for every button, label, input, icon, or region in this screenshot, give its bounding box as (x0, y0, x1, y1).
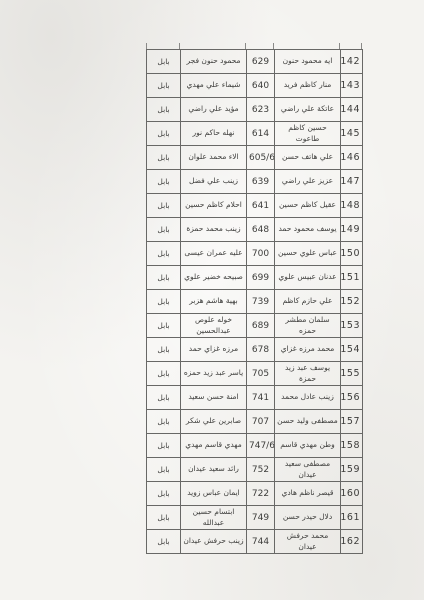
table-row: 149 يوسف محمود حمد 648 زينب محمد حمزة با… (147, 218, 363, 242)
row-number-cell: 143 (341, 74, 363, 98)
province-cell: بابل (147, 74, 181, 98)
name-b-cell: خوله علوص عبدالحسين (181, 314, 247, 338)
row-number-cell: 149 (341, 218, 363, 242)
serial-number-cell: 747/6 (247, 434, 275, 458)
table-row: 155 يوسف عبد زيد حمزة 705 ياسر عبد زيد ح… (147, 362, 363, 386)
table-row: 152 علي حازم كاظم 739 بهية هاشم هزبر باب… (147, 290, 363, 314)
province-cell: بابل (147, 170, 181, 194)
serial-number-cell: 744 (247, 530, 275, 554)
row-number-cell: 161 (341, 506, 363, 530)
table-row: 160 قيصر ناظم هادي 722 ايمان عباس زويد ب… (147, 482, 363, 506)
province-cell: بابل (147, 386, 181, 410)
serial-number-cell: 639 (247, 170, 275, 194)
name-b-cell: مرزه غزاي حمد (181, 338, 247, 362)
province-cell: بابل (147, 98, 181, 122)
name-a-cell: مصطفى وليد حسن (275, 410, 341, 434)
serial-number-cell: 699 (247, 266, 275, 290)
serial-number-cell: 722 (247, 482, 275, 506)
name-a-cell: وطن مهدي قاسم (275, 434, 341, 458)
serial-number-cell: 752 (247, 458, 275, 482)
serial-number-cell: 741 (247, 386, 275, 410)
table-row: 156 زينب عادل محمد 741 امنة حسن سعيد باب… (147, 386, 363, 410)
table-row: 143 منار كاظم فريد 640 شيماء علي مهدي با… (147, 74, 363, 98)
row-number-cell: 147 (341, 170, 363, 194)
province-cell: بابل (147, 290, 181, 314)
row-number-cell: 155 (341, 362, 363, 386)
serial-number-cell: 739 (247, 290, 275, 314)
name-b-cell: محمود حنون فجر (181, 50, 247, 74)
table-row: 162 محمد حرفش عيدان 744 زينب حرفش عيدان … (147, 530, 363, 554)
name-a-cell: عدنان عبيس علوي (275, 266, 341, 290)
table-row: 154 محمد مرزه غزاي 678 مرزه غزاي حمد باب… (147, 338, 363, 362)
serial-number-cell: 640 (247, 74, 275, 98)
row-number-cell: 159 (341, 458, 363, 482)
name-a-cell: مصطفى سعيد عيدان (275, 458, 341, 482)
table-row: 147 عزيز علي راضي 639 زينب علي فضل بابل (147, 170, 363, 194)
table-row: 144 عاتكة علي راضي 623 مؤيد علي راضي باب… (147, 98, 363, 122)
name-b-cell: نهله حاكم نور (181, 122, 247, 146)
name-a-cell: يوسف عبد زيد حمزة (275, 362, 341, 386)
name-a-cell: حسين كاظم طاعوت (275, 122, 341, 146)
name-b-cell: ابتسام حسين عبدالله (181, 506, 247, 530)
row-number-cell: 148 (341, 194, 363, 218)
name-a-cell: محمد مرزه غزاي (275, 338, 341, 362)
province-cell: بابل (147, 314, 181, 338)
row-number-cell: 162 (341, 530, 363, 554)
province-cell: بابل (147, 194, 181, 218)
name-a-cell: ايه محمود حنون (275, 50, 341, 74)
row-number-cell: 151 (341, 266, 363, 290)
row-number-cell: 156 (341, 386, 363, 410)
province-cell: بابل (147, 434, 181, 458)
row-number-cell: 144 (341, 98, 363, 122)
serial-number-cell: 614 (247, 122, 275, 146)
province-cell: بابل (147, 410, 181, 434)
serial-number-cell: 641 (247, 194, 275, 218)
serial-number-cell: 749 (247, 506, 275, 530)
name-b-cell: بهية هاشم هزبر (181, 290, 247, 314)
province-cell: بابل (147, 242, 181, 266)
row-number-cell: 150 (341, 242, 363, 266)
name-a-cell: يوسف محمود حمد (275, 218, 341, 242)
table-row: 161 دلال حيدر حسن 749 ابتسام حسين عبدالل… (147, 506, 363, 530)
serial-number-cell: 707 (247, 410, 275, 434)
name-b-cell: صبيحه خضير علوي (181, 266, 247, 290)
roster-table: 142 ايه محمود حنون 629 محمود حنون فجر با… (146, 49, 363, 554)
serial-number-cell: 629 (247, 50, 275, 74)
name-b-cell: ياسر عبد زيد حمزه (181, 362, 247, 386)
table-row: 142 ايه محمود حنون 629 محمود حنون فجر با… (147, 50, 363, 74)
province-cell: بابل (147, 50, 181, 74)
province-cell: بابل (147, 266, 181, 290)
province-cell: بابل (147, 122, 181, 146)
name-b-cell: مؤيد علي راضي (181, 98, 247, 122)
province-cell: بابل (147, 506, 181, 530)
name-a-cell: عباس علوي حسين (275, 242, 341, 266)
serial-number-cell: 705 (247, 362, 275, 386)
serial-number-cell: 648 (247, 218, 275, 242)
roster-table-body: 142 ايه محمود حنون 629 محمود حنون فجر با… (147, 50, 363, 554)
province-cell: بابل (147, 362, 181, 386)
province-cell: بابل (147, 146, 181, 170)
name-a-cell: عاتكة علي راضي (275, 98, 341, 122)
name-a-cell: عقيل كاظم حسين (275, 194, 341, 218)
province-cell: بابل (147, 218, 181, 242)
name-a-cell: علي هاتف حسن (275, 146, 341, 170)
table-row: 150 عباس علوي حسين 700 عليه عمران عيسى ب… (147, 242, 363, 266)
name-b-cell: عليه عمران عيسى (181, 242, 247, 266)
province-cell: بابل (147, 338, 181, 362)
name-b-cell: رائد سعيد عيدان (181, 458, 247, 482)
table-row: 146 علي هاتف حسن 605/6 الاء محمد علوان ب… (147, 146, 363, 170)
province-cell: بابل (147, 458, 181, 482)
province-cell: بابل (147, 482, 181, 506)
serial-number-cell: 678 (247, 338, 275, 362)
table-row: 159 مصطفى سعيد عيدان 752 رائد سعيد عيدان… (147, 458, 363, 482)
row-number-cell: 160 (341, 482, 363, 506)
name-b-cell: زينب علي فضل (181, 170, 247, 194)
name-a-cell: عزيز علي راضي (275, 170, 341, 194)
name-b-cell: مهدي قاسم مهدي (181, 434, 247, 458)
name-b-cell: احلام كاظم حسين (181, 194, 247, 218)
row-number-cell: 142 (341, 50, 363, 74)
name-a-cell: محمد حرفش عيدان (275, 530, 341, 554)
name-a-cell: قيصر ناظم هادي (275, 482, 341, 506)
table-row: 157 مصطفى وليد حسن 707 صابرين علي شكر با… (147, 410, 363, 434)
name-b-cell: امنة حسن سعيد (181, 386, 247, 410)
name-a-cell: سلمان مطشر حمزه (275, 314, 341, 338)
row-number-cell: 153 (341, 314, 363, 338)
serial-number-cell: 700 (247, 242, 275, 266)
name-a-cell: دلال حيدر حسن (275, 506, 341, 530)
name-a-cell: منار كاظم فريد (275, 74, 341, 98)
row-number-cell: 152 (341, 290, 363, 314)
row-number-cell: 157 (341, 410, 363, 434)
table-row: 151 عدنان عبيس علوي 699 صبيحه خضير علوي … (147, 266, 363, 290)
name-b-cell: زينب حرفش عيدان (181, 530, 247, 554)
name-b-cell: زينب محمد حمزة (181, 218, 247, 242)
table-row: 148 عقيل كاظم حسين 641 احلام كاظم حسين ب… (147, 194, 363, 218)
name-a-cell: علي حازم كاظم (275, 290, 341, 314)
serial-number-cell: 689 (247, 314, 275, 338)
serial-number-cell: 605/6 (247, 146, 275, 170)
name-b-cell: شيماء علي مهدي (181, 74, 247, 98)
table-row: 158 وطن مهدي قاسم 747/6 مهدي قاسم مهدي ب… (147, 434, 363, 458)
serial-number-cell: 623 (247, 98, 275, 122)
row-number-cell: 146 (341, 146, 363, 170)
name-b-cell: الاء محمد علوان (181, 146, 247, 170)
table-row: 145 حسين كاظم طاعوت 614 نهله حاكم نور با… (147, 122, 363, 146)
name-a-cell: زينب عادل محمد (275, 386, 341, 410)
name-b-cell: ايمان عباس زويد (181, 482, 247, 506)
table-row: 153 سلمان مطشر حمزه 689 خوله علوص عبدالح… (147, 314, 363, 338)
row-number-cell: 145 (341, 122, 363, 146)
row-number-cell: 158 (341, 434, 363, 458)
name-b-cell: صابرين علي شكر (181, 410, 247, 434)
scanned-page: 142 ايه محمود حنون 629 محمود حنون فجر با… (0, 0, 424, 600)
row-number-cell: 154 (341, 338, 363, 362)
province-cell: بابل (147, 530, 181, 554)
